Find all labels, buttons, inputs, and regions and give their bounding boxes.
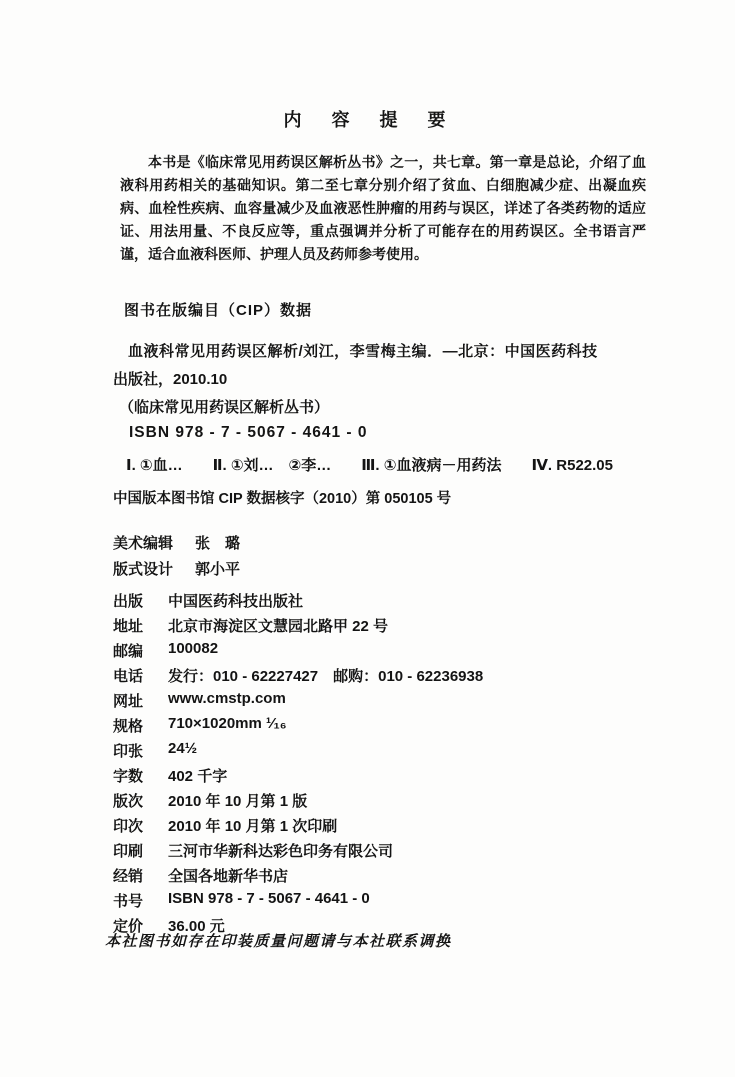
detail-label: 版次 (113, 790, 168, 811)
detail-value: 2010 年 10 月第 1 版 (168, 790, 307, 811)
detail-row: 出版中国医药科技出版社 (113, 590, 303, 611)
detail-label: 经销 (113, 865, 168, 886)
detail-value: 全国各地新华书店 (168, 865, 288, 886)
cip-heading: 图书在版编目（CIP）数据 (124, 299, 312, 320)
cip-isbn: ISBN 978 - 7 - 5067 - 4641 - 0 (129, 424, 368, 442)
cip-registry-number: 中国版本图书馆 CIP 数据核字（2010）第 050105 号 (113, 487, 451, 508)
detail-label: 邮编 (113, 640, 168, 661)
detail-value: 中国医药科技出版社 (168, 590, 303, 611)
detail-label: 印刷 (113, 840, 168, 861)
content-summary-paragraph: 本书是《临床常见用药误区解析丛书》之一，共七章。第一章是总论，介绍了血液科用药相… (120, 151, 646, 266)
detail-row: 经销全国各地新华书店 (113, 865, 288, 886)
detail-value: 100082 (168, 640, 218, 661)
detail-label: 印次 (113, 815, 168, 836)
detail-row: 规格710×1020mm ¹⁄₁₆ (113, 715, 287, 736)
detail-label: 印张 (113, 740, 168, 761)
detail-row: 字数402 千字 (113, 765, 227, 786)
credit-row: 美术编辑张 璐 (113, 532, 240, 553)
detail-label: 字数 (113, 765, 168, 786)
detail-row: 网址www.cmstp.com (113, 690, 286, 711)
detail-row: 版次2010 年 10 月第 1 版 (113, 790, 307, 811)
cip-series-title: （临床常见用药误区解析丛书） (119, 396, 329, 417)
cip-classification-line: Ⅰ. ①血… Ⅱ. ①刘… ②李… Ⅲ. ①血液病－用药法 Ⅳ. R522.05 (126, 454, 613, 475)
detail-label: 书号 (113, 890, 168, 911)
content-summary-title: 内 容 提 要 (0, 106, 735, 132)
credit-row: 版式设计郭小平 (113, 558, 240, 579)
detail-row: 印张24½ (113, 740, 197, 761)
detail-value: 2010 年 10 月第 1 次印刷 (168, 815, 337, 836)
cip-entry-line1: 血液科常见用药误区解析/刘江，李雪梅主编．—北京：中国医药科技 (128, 340, 598, 361)
detail-value: 710×1020mm ¹⁄₁₆ (168, 715, 287, 736)
detail-row: 邮编100082 (113, 640, 218, 661)
detail-label: 网址 (113, 690, 168, 711)
detail-value: 24½ (168, 740, 197, 761)
credit-label: 版式设计 (113, 558, 195, 579)
detail-value: ISBN 978 - 7 - 5067 - 4641 - 0 (168, 890, 370, 911)
detail-row: 书号ISBN 978 - 7 - 5067 - 4641 - 0 (113, 890, 370, 911)
detail-row: 地址北京市海淀区文慧园北路甲 22 号 (113, 615, 388, 636)
detail-label: 地址 (113, 615, 168, 636)
detail-row: 印刷三河市华新科达彩色印务有限公司 (113, 840, 393, 861)
detail-value: 402 千字 (168, 765, 227, 786)
cip-entry-line2: 出版社，2010.10 (113, 368, 227, 389)
detail-row: 印次2010 年 10 月第 1 次印刷 (113, 815, 337, 836)
book-copyright-page: 内 容 提 要 本书是《临床常见用药误区解析丛书》之一，共七章。第一章是总论，介… (0, 0, 735, 1077)
credit-value: 张 璐 (195, 532, 240, 553)
detail-label: 出版 (113, 590, 168, 611)
quality-notice: 本社图书如存在印装质量问题请与本社联系调换 (105, 930, 452, 951)
credit-value: 郭小平 (195, 558, 240, 579)
credit-label: 美术编辑 (113, 532, 195, 553)
detail-row: 电话发行：010 - 62227427 邮购：010 - 62236938 (113, 665, 483, 686)
detail-label: 规格 (113, 715, 168, 736)
detail-value: 北京市海淀区文慧园北路甲 22 号 (168, 615, 388, 636)
detail-value: 发行：010 - 62227427 邮购：010 - 62236938 (168, 665, 483, 686)
detail-label: 电话 (113, 665, 168, 686)
detail-value: www.cmstp.com (168, 690, 286, 711)
detail-value: 三河市华新科达彩色印务有限公司 (168, 840, 393, 861)
